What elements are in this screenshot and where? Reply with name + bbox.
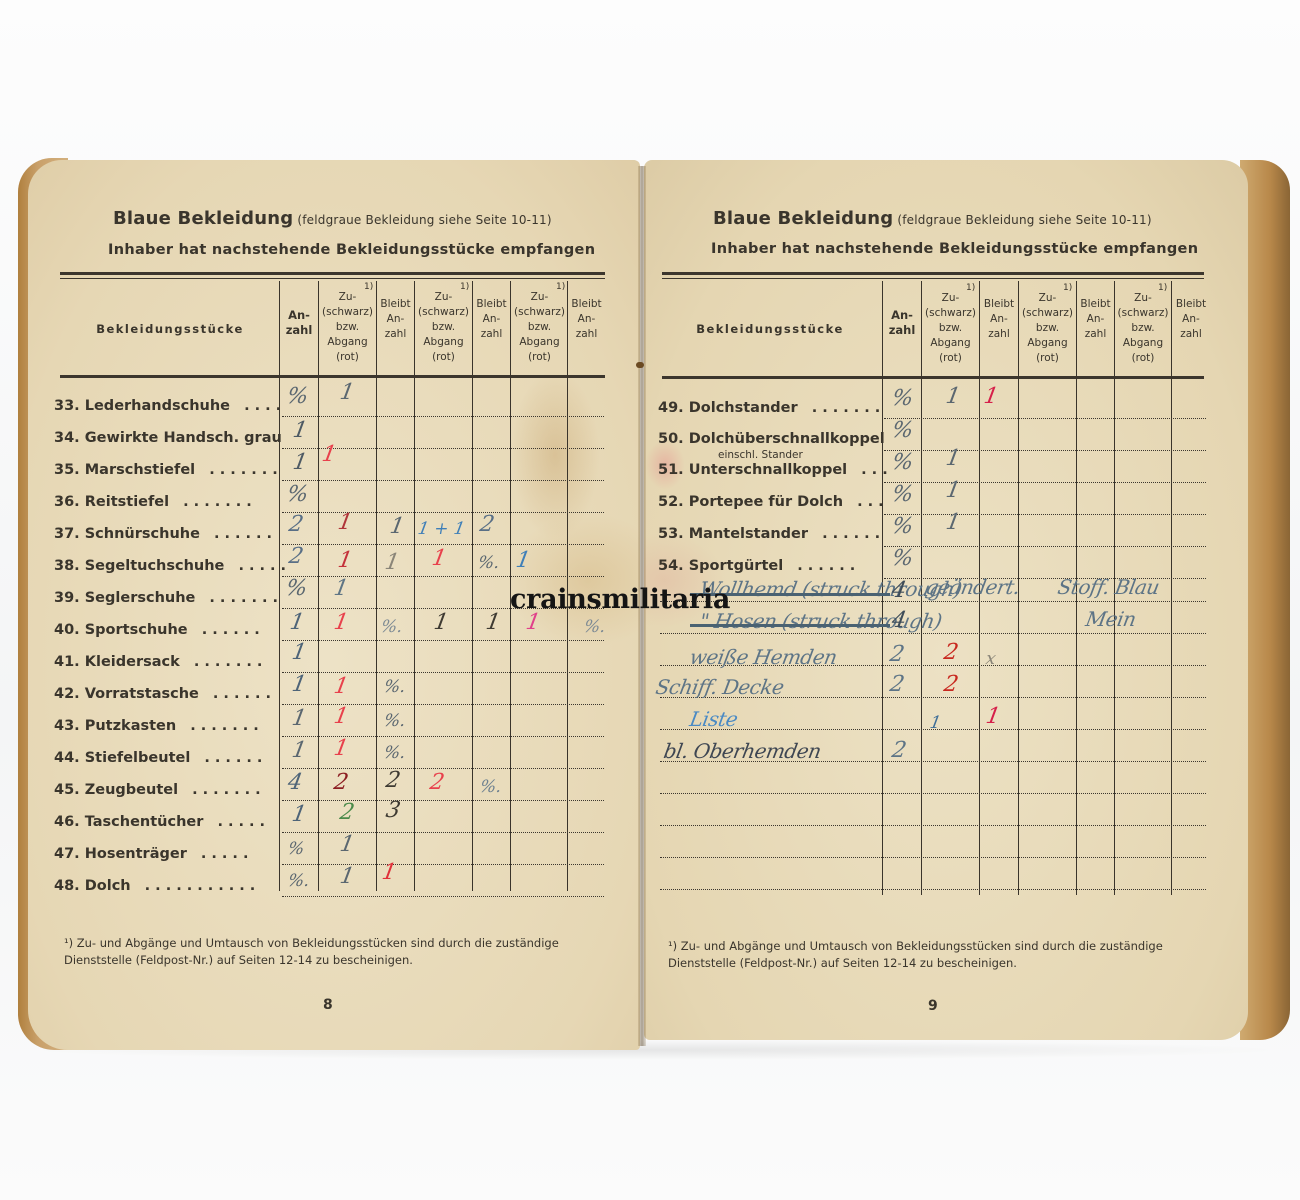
footnote-marker: 1) (364, 282, 373, 292)
row-divider (282, 544, 604, 545)
footnote-marker: 1) (966, 283, 975, 293)
table-row-label: 41. Kleidersack ....... (54, 654, 267, 670)
column-header-anzahl: An-zahl (883, 308, 921, 338)
table-header-rule (662, 376, 1204, 379)
binding-staple (636, 362, 644, 368)
handwritten-entry: Stoff. Blau (1056, 576, 1161, 598)
row-divider (282, 704, 604, 705)
column-divider (1171, 281, 1172, 895)
row-divider (884, 482, 1206, 483)
table-row-label: 52. Portepee für Dolch ... (658, 494, 889, 510)
column-header-bleibt-2: BleibtAn-zahl (473, 297, 510, 342)
table-row-note: einschl. Stander (718, 449, 803, 461)
row-divider (282, 672, 604, 673)
column-header-zugang-1: Zu-(schwarz)bzw.Abgang(rot) (319, 290, 376, 365)
table-row-label: 45. Zeugbeutel ....... (54, 782, 266, 798)
handwritten-entry: % (890, 420, 915, 442)
table-row-label: 33. Lederhandschuhe .... (54, 398, 286, 414)
footnote-marker: 1) (460, 282, 469, 292)
column-header-item: Bekleidungsstücke (690, 322, 850, 337)
column-header-bleibt-3: BleibtAn-zahl (568, 297, 605, 342)
watermark-text: crainsmilitaria (510, 584, 730, 615)
handwritten-entry: %. (382, 710, 407, 732)
table-row-label: 42. Vorratstasche ...... (54, 686, 276, 702)
right-footnote: ¹) Zu- und Abgänge und Umtausch von Bekl… (668, 938, 1163, 972)
column-header-zugang-2: Zu-(schwarz)bzw.Abgang(rot) (415, 290, 472, 365)
handwritten-entry: % (285, 386, 310, 408)
table-row-label: 51. Unterschnallkoppel ... (658, 462, 893, 478)
column-header-bleibt-1: BleibtAn-zahl (980, 297, 1018, 342)
handwritten-entry: %. (382, 676, 407, 698)
row-divider (884, 546, 1206, 547)
row-divider (884, 418, 1206, 419)
row-divider (282, 736, 604, 737)
row-divider (282, 480, 604, 481)
column-header-zugang-1: Zu-(schwarz)bzw.Abgang(rot) (922, 291, 979, 366)
handwritten-item-label: weiße Hemden (688, 646, 839, 668)
row-divider (282, 512, 604, 513)
row-divider (660, 857, 1206, 858)
footnote-marker: 1) (1063, 283, 1072, 293)
handwritten-item-label: Liste (688, 708, 739, 730)
paper-stain (510, 370, 600, 540)
table-row-label: 34. Gewirkte Handsch. grau (54, 430, 282, 446)
row-divider (884, 514, 1206, 515)
row-divider (282, 640, 604, 641)
handwritten-entry: % (890, 548, 915, 570)
handwritten-entry: geändert. (924, 576, 1021, 598)
row-divider (660, 889, 1206, 890)
row-divider (282, 896, 604, 897)
handwritten-entry: % (890, 516, 915, 538)
table-row-label: 35. Marschstiefel ....... (54, 462, 283, 478)
row-divider (660, 825, 1206, 826)
column-header-bleibt-3: BleibtAn-zahl (1172, 297, 1210, 342)
left-page-number: 8 (323, 997, 333, 1013)
table-row-label: 37. Schnürschuhe ...... (54, 526, 277, 542)
handwritten-entry: %. (286, 870, 311, 892)
row-divider (282, 832, 604, 833)
column-header-bleibt-1: BleibtAn-zahl (377, 297, 414, 342)
table-row-label: 49. Dolchstander ....... (658, 400, 885, 416)
footnote-marker: 1) (1158, 283, 1167, 293)
left-page-subtitle: Inhaber hat nachstehende Bekleidungsstüc… (108, 242, 595, 258)
row-divider (282, 864, 604, 865)
handwritten-entry: % (890, 388, 915, 410)
row-divider (282, 768, 604, 769)
table-row-label: 46. Taschentücher ..... (54, 814, 270, 830)
handwritten-entry: Mein (1084, 608, 1137, 630)
right-page-title: Blaue Bekleidung(feldgraue Bekleidung si… (713, 208, 1152, 229)
handwritten-entry: %. (582, 616, 607, 638)
column-header-bleibt-2: BleibtAn-zahl (1077, 297, 1114, 342)
handwritten-entry: % (285, 484, 310, 506)
row-divider (660, 633, 1206, 634)
table-top-rule (662, 272, 1204, 275)
column-header-item: Bekleidungsstücke (90, 322, 250, 337)
handwritten-item-label: bl. Oberhemden (662, 740, 823, 762)
strikethrough-line (690, 624, 890, 627)
left-footnote: ¹) Zu- und Abgänge und Umtausch von Bekl… (64, 935, 559, 969)
row-divider (282, 800, 604, 801)
table-row-label: 48. Dolch ........... (54, 878, 260, 894)
row-divider (660, 601, 1206, 602)
handwritten-entry: %. (478, 776, 503, 798)
handwritten-item-label: Schiff. Decke (654, 676, 785, 698)
table-row-label: 36. Reitstiefel ....... (54, 494, 257, 510)
right-page-number: 9 (928, 998, 938, 1014)
row-divider (660, 793, 1206, 794)
handwritten-entry: % (284, 578, 309, 600)
table-top-rule (60, 272, 605, 275)
table-top-rule-thin (60, 278, 605, 279)
table-row-label: 50. Dolchüberschnallkoppel (658, 431, 885, 447)
right-page-subtitle: Inhaber hat nachstehende Bekleidungsstüc… (711, 241, 1198, 257)
handwritten-entry: % (890, 484, 915, 506)
handwritten-entry: % (890, 452, 915, 474)
table-row-label: 43. Putzkasten ....... (54, 718, 264, 734)
table-row-label: 38. Segeltuchschuhe ..... (54, 558, 291, 574)
handwritten-entry: 1 + 1 (416, 518, 467, 540)
table-row-label: 39. Seglerschuhe ....... (54, 590, 283, 606)
table-row-label: 54. Sportgürtel ...... (658, 558, 860, 574)
table-row-label: 47. Hosenträger ..... (54, 846, 253, 862)
row-divider (282, 576, 604, 577)
column-header-anzahl: An-zahl (280, 308, 318, 338)
table-header-rule (60, 375, 605, 378)
handwritten-entry: %. (476, 552, 501, 574)
table-top-rule-thin (662, 278, 1204, 279)
table-row-label: 53. Mantelstander ...... (658, 526, 885, 542)
column-header-zugang-2: Zu-(schwarz)bzw.Abgang(rot) (1019, 291, 1076, 366)
row-divider (884, 450, 1206, 451)
column-header-zugang-3: Zu-(schwarz)bzw.Abgang(rot) (511, 290, 568, 365)
handwritten-entry: %. (379, 616, 404, 638)
column-header-zugang-3: Zu-(schwarz)bzw.Abgang(rot) (1115, 291, 1171, 366)
row-divider (282, 416, 604, 417)
left-page-title: Blaue Bekleidung(feldgraue Bekleidung si… (113, 208, 552, 229)
footnote-marker: 1) (556, 282, 565, 292)
handwritten-entry: %. (382, 742, 407, 764)
table-row-label: 44. Stiefelbeutel ...... (54, 750, 267, 766)
table-row-label: 40. Sportschuhe ...... (54, 622, 265, 638)
column-divider (279, 281, 280, 891)
